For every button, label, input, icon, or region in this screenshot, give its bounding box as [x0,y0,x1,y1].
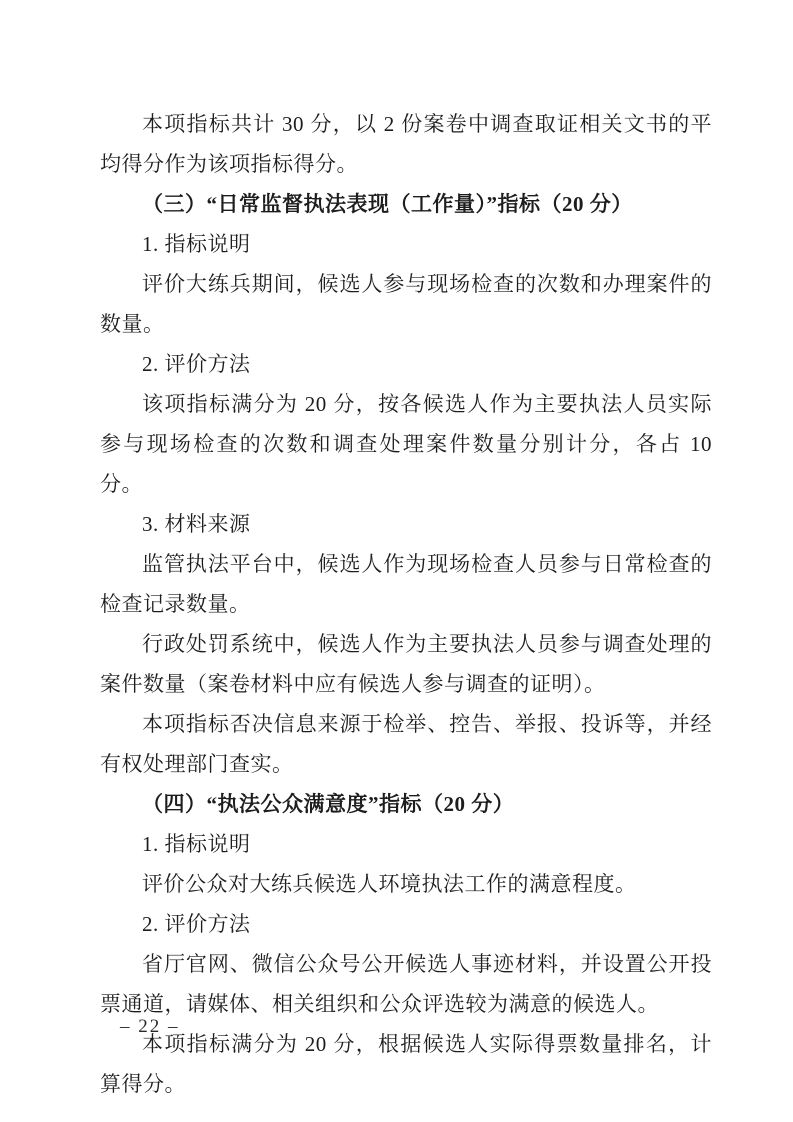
paragraph: 监管执法平台中，候选人作为现场检查人员参与日常检查的检查记录数量。 [100,544,712,624]
paragraph: 2. 评价方法 [100,904,712,944]
paragraph: 1. 指标说明 [100,824,712,864]
paragraph: 3. 材料来源 [100,504,712,544]
page-number: – 22 – [120,1014,180,1040]
document-page: 本项指标共计 30 分，以 2 份案卷中调查取证相关文书的平均得分作为该项指标得… [0,0,793,1122]
paragraph: 本项指标共计 30 分，以 2 份案卷中调查取证相关文书的平均得分作为该项指标得… [100,104,712,184]
paragraph: 省厅官网、微信公众号公开候选人事迹材料，并设置公开投票通道，请媒体、相关组织和公… [100,944,712,1024]
section-heading: （四）“执法公众满意度”指标（20 分） [100,784,712,824]
paragraph: 1. 指标说明 [100,224,712,264]
paragraph: 评价大练兵期间，候选人参与现场检查的次数和办理案件的数量。 [100,264,712,344]
paragraph: 评价公众对大练兵候选人环境执法工作的满意程度。 [100,864,712,904]
document-body: 本项指标共计 30 分，以 2 份案卷中调查取证相关文书的平均得分作为该项指标得… [100,104,712,1104]
paragraph: 2. 评价方法 [100,344,712,384]
paragraph: 本项指标满分为 20 分，根据候选人实际得票数量排名，计算得分。 [100,1024,712,1104]
paragraph: 本项指标否决信息来源于检举、控告、举报、投诉等，并经有权处理部门查实。 [100,704,712,784]
paragraph: 该项指标满分为 20 分，按各候选人作为主要执法人员实际参与现场检查的次数和调查… [100,384,712,504]
section-heading: （三）“日常监督执法表现（工作量）”指标（20 分） [100,184,712,224]
paragraph: 行政处罚系统中，候选人作为主要执法人员参与调查处理的案件数量（案卷材料中应有候选… [100,624,712,704]
